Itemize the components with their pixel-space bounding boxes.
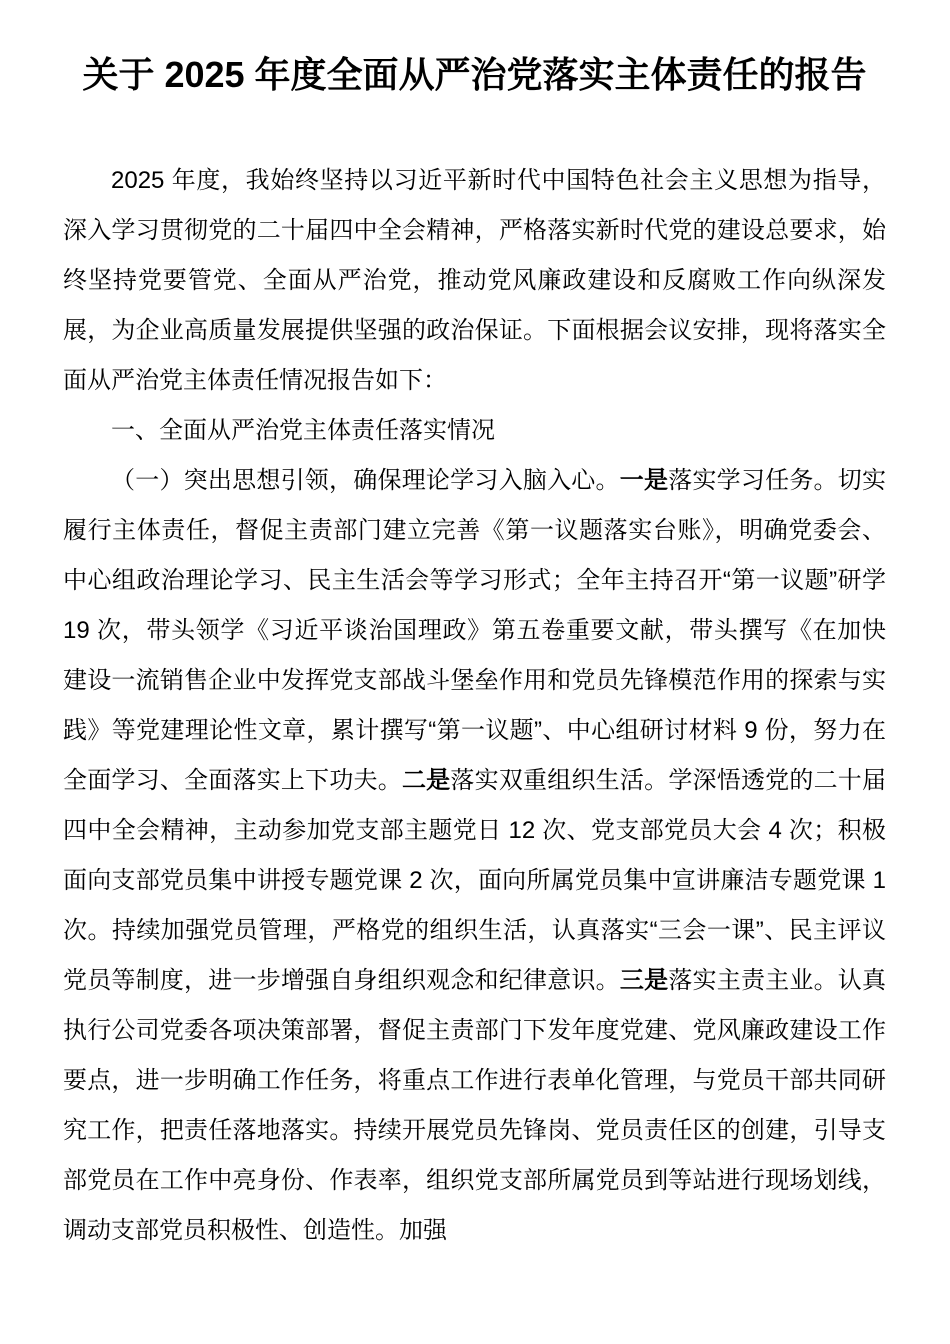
text-segment: 落实双重组织生活。学深悟透党的二十届四中全会精神，主动参加党支部主题党日 12 … (63, 767, 886, 994)
text-segment: 一、全面从严治党主体责任落实情况 (111, 417, 495, 444)
text-segment: 落实学习任务。切实履行主体责任，督促主责部门建立完善《第一议题落实台账》，明确党… (63, 467, 886, 794)
bold-text-segment: 一是 (620, 467, 668, 494)
bold-text-segment: 二是 (402, 767, 450, 794)
text-segment: （一）突出思想引领，确保理论学习入脑入心。 (111, 467, 620, 494)
bold-text-segment: 三是 (620, 967, 668, 994)
document-body: 2025 年度，我始终坚持以习近平新时代中国特色社会主义思想为指导，深入学习贯彻… (63, 156, 886, 1256)
document-title: 关于 2025 年度全面从严治党落实主体责任的报告 (63, 50, 886, 100)
section-heading-1: 一、全面从严治党主体责任落实情况 (63, 406, 886, 456)
section-1-paragraph: （一）突出思想引领，确保理论学习入脑入心。一是落实学习任务。切实履行主体责任，督… (63, 456, 886, 1256)
text-segment: 2025 年度，我始终坚持以习近平新时代中国特色社会主义思想为指导，深入学习贯彻… (63, 167, 886, 394)
text-segment: 落实主责主业。认真执行公司党委各项决策部署，督促主责部门下发年度党建、党风廉政建… (63, 967, 886, 1244)
document-page: 关于 2025 年度全面从严治党落实主体责任的报告 2025 年度，我始终坚持以… (0, 0, 950, 1344)
intro-paragraph: 2025 年度，我始终坚持以习近平新时代中国特色社会主义思想为指导，深入学习贯彻… (63, 156, 886, 406)
